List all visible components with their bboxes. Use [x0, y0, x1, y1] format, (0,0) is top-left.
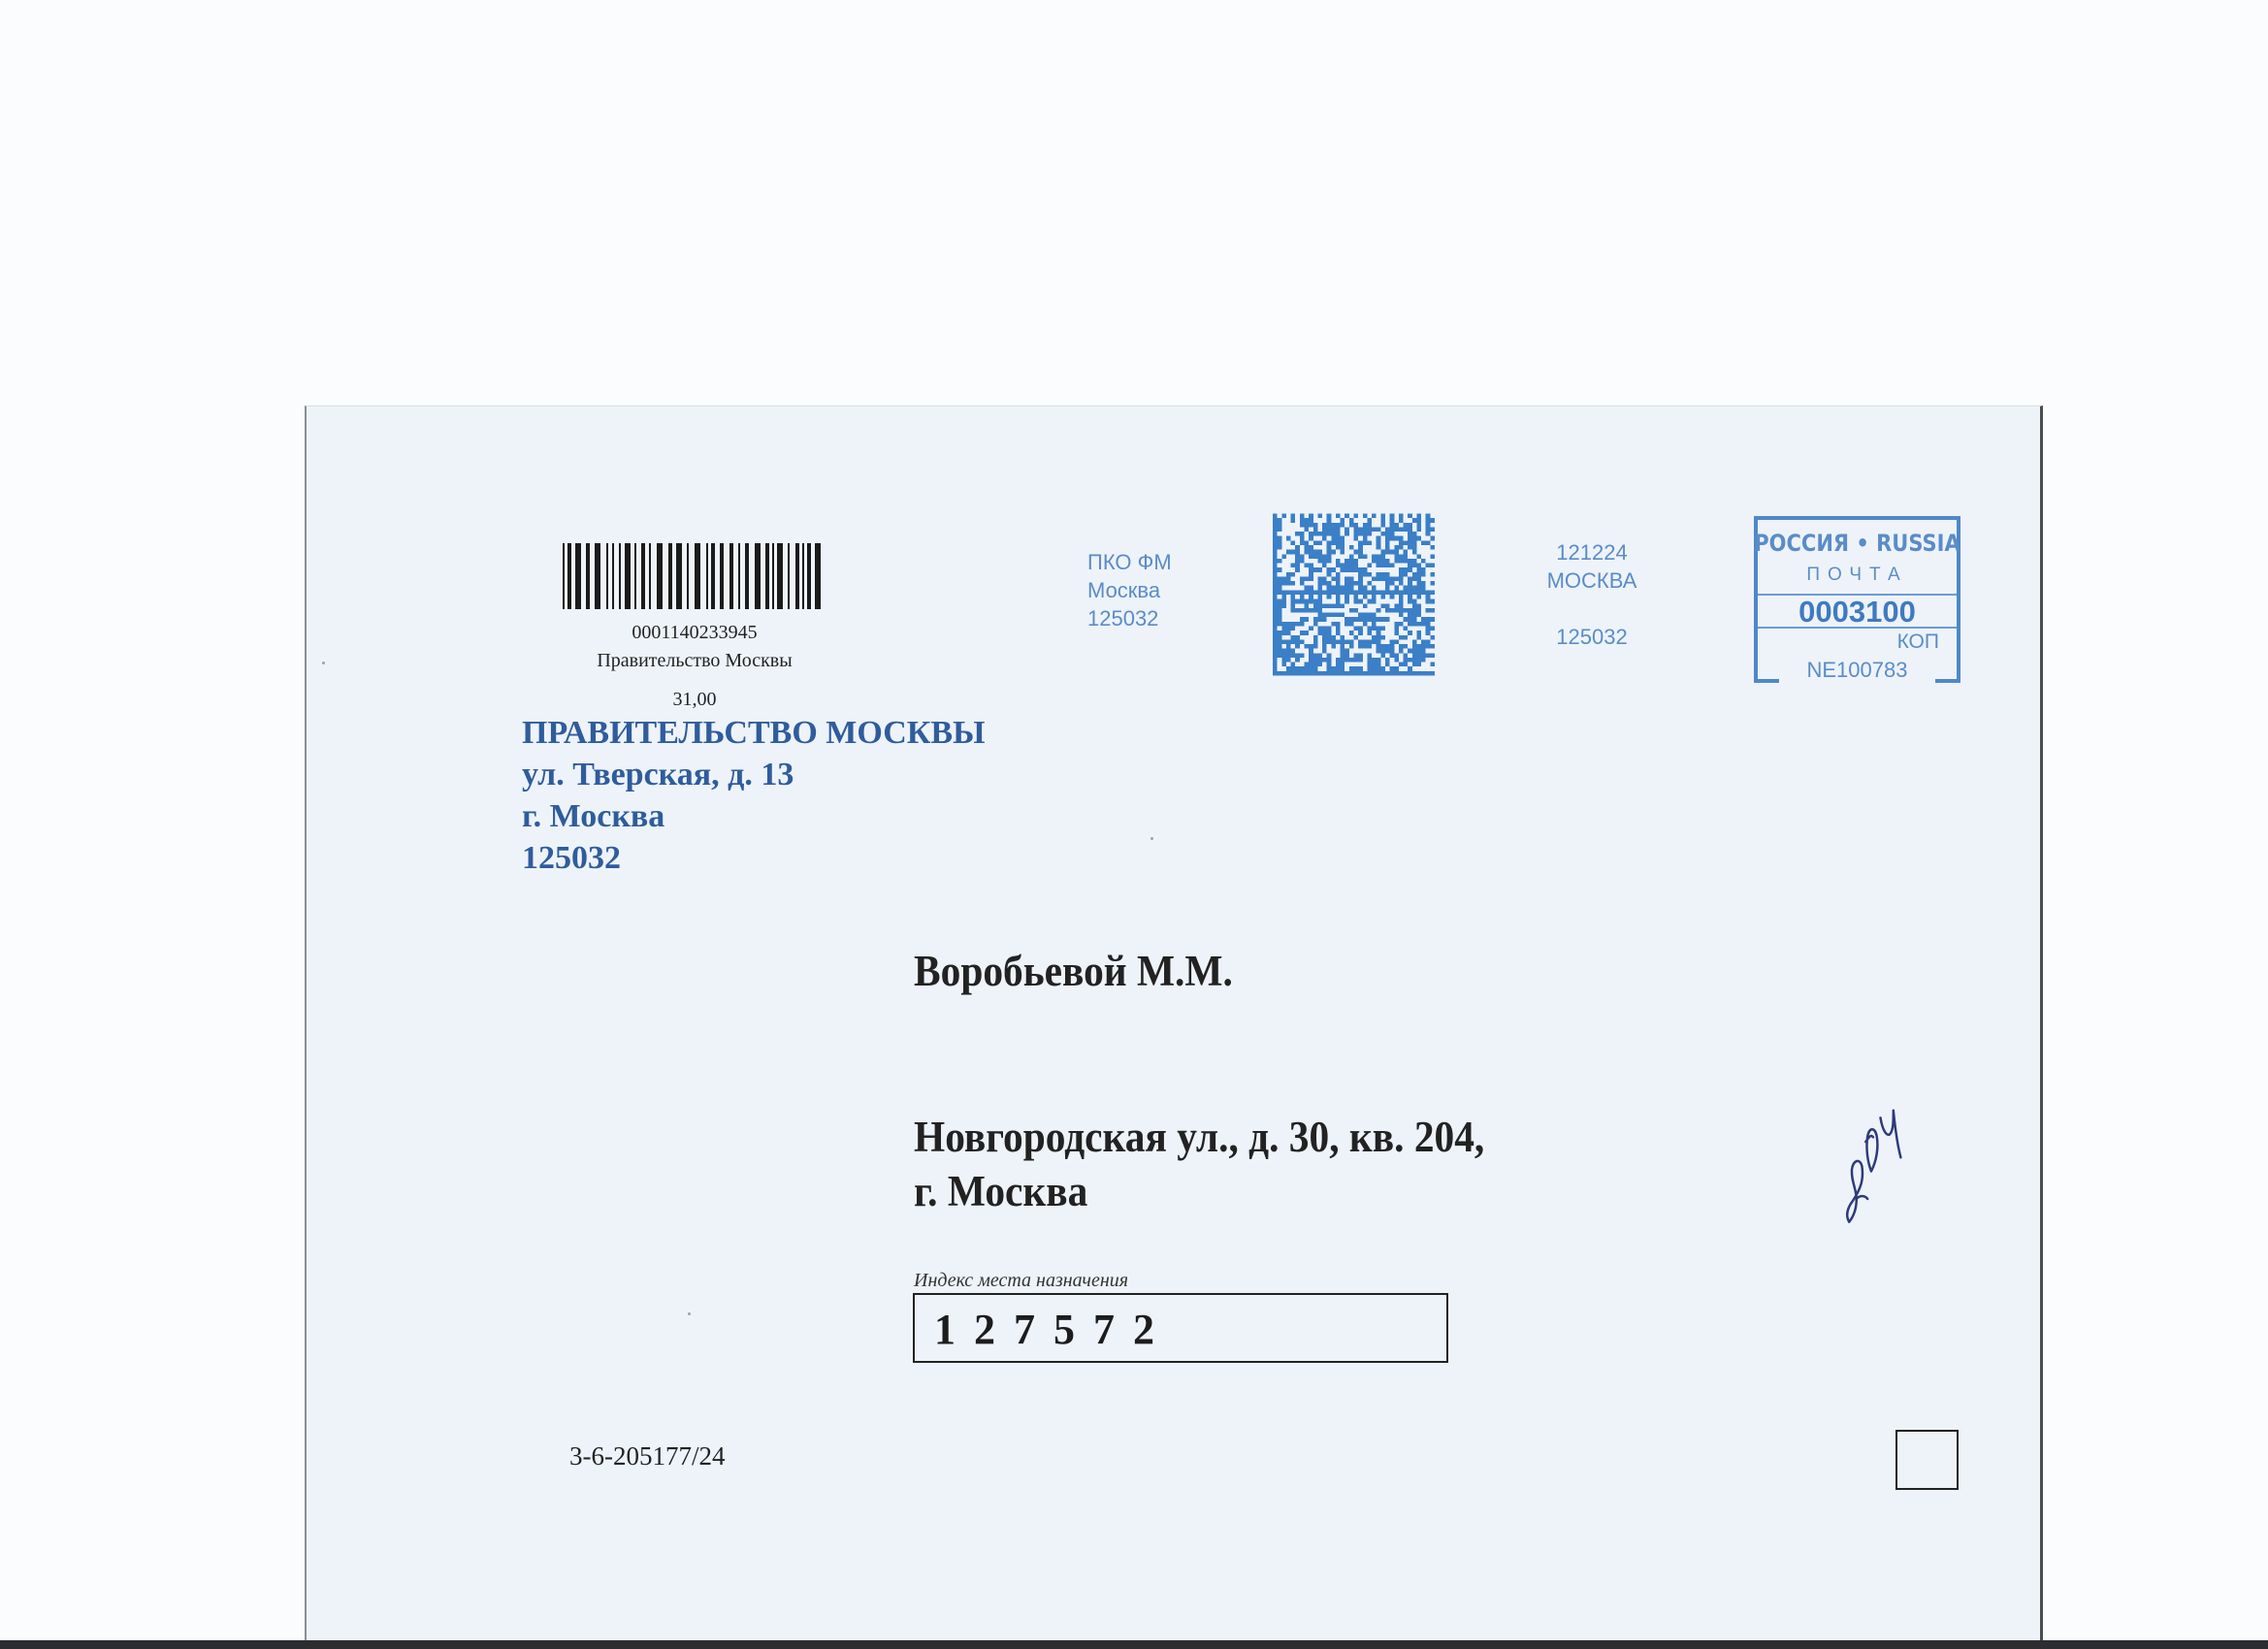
barcode-number: 0001140233945 — [501, 622, 889, 644]
franking-mark: РОССИЯ • RUSSIA ПОЧТА 0003100 КОП NE1007… — [1754, 516, 1960, 683]
destination-index-label: Индекс места назначения — [914, 1270, 1128, 1292]
franking-meter-id: NE100783 — [1754, 658, 1960, 683]
sender-line: г. Москва — [522, 795, 986, 837]
datamatrix-code — [1273, 513, 1435, 676]
barcode-organization: Правительство Москвы — [501, 650, 889, 672]
sender-line: 125032 — [522, 837, 986, 879]
sender-line: ПРАВИТЕЛЬСТВО МОСКВЫ — [522, 712, 986, 754]
handwritten-note: 204 — [1828, 1051, 1915, 1236]
recipient-address-line: Новгородская ул., д. 30, кв. 204, — [914, 1110, 1484, 1164]
destination-index-box: 127572 — [913, 1293, 1448, 1363]
stamp-index: 125032 — [1519, 623, 1665, 651]
city-stamp: 121224 МОСКВА 125032 — [1519, 538, 1665, 651]
marking-checkbox — [1895, 1430, 1959, 1490]
destination-index-value: 127572 — [934, 1305, 1173, 1354]
barcode-price: 31,00 — [501, 689, 889, 711]
stamp-city: МОСКВА — [1519, 566, 1665, 595]
postal-office-line: 125032 — [1087, 604, 1172, 632]
recipient-name: Воробьевой М.М. — [914, 946, 1233, 996]
envelope: 0001140233945 Правительство Москвы 31,00… — [305, 405, 2043, 1640]
recipient-address-line: г. Москва — [914, 1164, 1484, 1218]
reference-number: 3-6-205177/24 — [569, 1441, 725, 1471]
franking-service: ПОЧТА — [1754, 565, 1960, 586]
barcode — [563, 543, 824, 609]
stamp-date: 121224 — [1519, 538, 1665, 566]
franking-unit: КОП — [1897, 630, 1939, 654]
sender-address: ПРАВИТЕЛЬСТВО МОСКВЫ ул. Тверская, д. 13… — [522, 712, 986, 879]
recipient-address: Новгородская ул., д. 30, кв. 204, г. Мос… — [914, 1110, 1484, 1218]
franking-amount: 0003100 — [1754, 595, 1960, 630]
postal-office-line: ПКО ФМ — [1087, 548, 1172, 576]
sender-line: ул. Тверская, д. 13 — [522, 754, 986, 795]
postal-office-line: Москва — [1087, 576, 1172, 604]
franking-country: РОССИЯ • RUSSIA — [1754, 530, 1960, 557]
scanner-edge — [0, 1640, 2268, 1649]
postal-office-block: ПКО ФМ Москва 125032 — [1087, 548, 1172, 632]
